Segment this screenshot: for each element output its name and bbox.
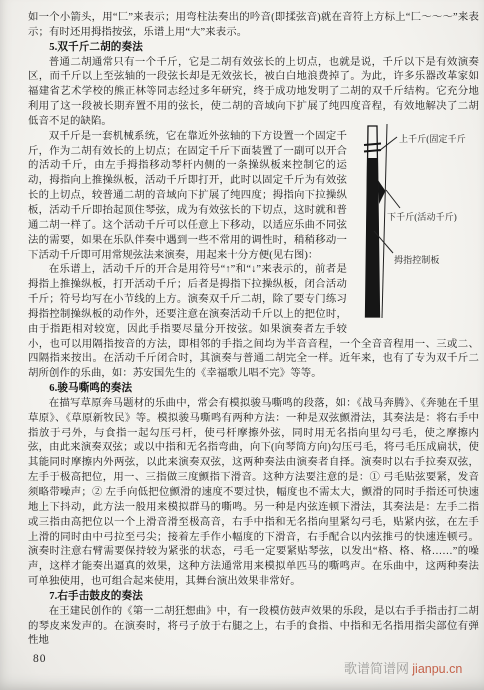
figure-label-lower-qianjin: 下千斤(活动千斤) xyxy=(387,211,457,222)
erhu-double-qianjin-figure: 上千斤(固定千斤 下千斤(活动千斤) 拇指控制板 xyxy=(353,124,479,321)
erhu-neck-drawing: 上千斤(固定千斤 下千斤(活动千斤) 拇指控制板 xyxy=(353,124,479,321)
watermark-url: jianpu.cn xyxy=(412,662,462,676)
section-6-heading: 6.骏马嘶鸣的奏法 xyxy=(28,382,479,397)
erhu-neck-solid xyxy=(366,158,380,317)
figure-label-upper-qianjin: 上千斤(固定千斤 xyxy=(399,133,466,144)
fixed-qianjin-mark xyxy=(364,143,381,145)
watermark-site-name: 歌谱简谱网 xyxy=(344,661,409,676)
section-6-paragraph-1: 在描写草原奔马题材的乐曲中，常会有模拟骏马嘶鸣的段落，如：《战马奔腾》、《奔驰在… xyxy=(28,397,479,590)
fixed-qianjin-mark-2 xyxy=(364,150,381,152)
page-number: 80 xyxy=(33,653,47,665)
section-5-paragraph-1: 普通二胡通常只有一个千斤，它是二胡有效弦长的上切点，也就是说，千斤以下是有效演奏… xyxy=(28,56,479,130)
leader-line-upper xyxy=(379,137,397,151)
section-7-paragraph-1: 在王建民创作的《第一二胡狂想曲》中，有一段模仿鼓声效果的乐段，是以右手手指击打二… xyxy=(28,605,479,650)
section-5-heading: 5.双千斤二胡的奏法 xyxy=(28,41,479,56)
paragraph-continuation: 如一个小箭头，用“匚”来表示；用弯柱法奏出的吟音(即揉弦音)就在音符上方标上“匚… xyxy=(28,11,479,41)
leader-line-lower xyxy=(386,190,400,208)
book-page: 如一个小箭头，用“匚”来表示；用弯柱法奏出的吟音(即揉弦音)就在音符上方标上“匚… xyxy=(0,0,484,690)
figure-label-thumb-board: 拇指控制板 xyxy=(394,254,440,265)
movable-qianjin-shape xyxy=(378,180,386,204)
text-column: 如一个小箭头，用“匚”来表示；用弯柱法奏出的吟音(即揉弦音)就在音符上方标上“匚… xyxy=(28,11,479,649)
watermark: 歌谱简谱网 jianpu.cn xyxy=(344,658,462,677)
section-7-heading: 7.右手击鼓皮的奏法 xyxy=(28,590,479,605)
